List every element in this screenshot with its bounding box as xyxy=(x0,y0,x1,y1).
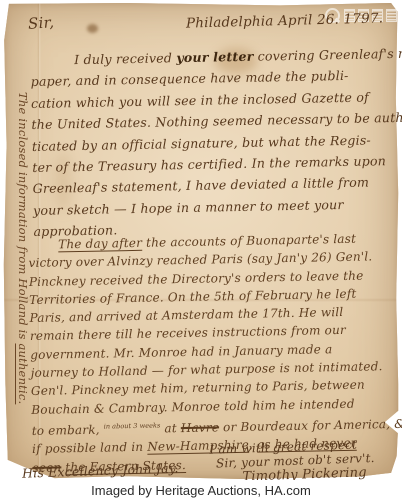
manuscript-segment: the United States. Nothing seemed necess… xyxy=(31,110,402,133)
paragraph-1: I duly received your letter covering Gre… xyxy=(30,42,402,242)
manuscript-segment: to embark, xyxy=(32,423,104,438)
manuscript-segment: I duly received xyxy=(74,50,176,67)
closing-signature-block: I am with great respectSir, your most ob… xyxy=(199,438,375,485)
image-credit-strip: Imaged by Heritage Auctions, HA.com xyxy=(0,480,402,500)
manuscript-segment: in about 3 weeks xyxy=(104,421,161,430)
stain-blob xyxy=(87,24,98,33)
manuscript-segment: paper, and in consequence have made the … xyxy=(30,68,348,89)
manuscript-segment: Havre xyxy=(181,420,220,435)
manuscript-segment: The day after xyxy=(58,236,142,252)
manuscript-segment: authentic. xyxy=(16,343,30,404)
image-credit-text: Imaged by Heritage Auctions, HA.com xyxy=(91,483,311,498)
manuscript-segment: ticated by an official signature, but wh… xyxy=(32,132,371,154)
watermark-glyph xyxy=(387,10,396,21)
manuscript-segment: your sketch — I hope in a manner to meet… xyxy=(33,197,344,218)
manuscript-segment: if possible land in xyxy=(32,440,147,456)
manuscript-segment: The inclosed information from Holland is xyxy=(16,92,30,343)
manuscript-segment: the accounts of Buonaparte's last xyxy=(142,232,356,250)
salutation: Sir, xyxy=(27,13,54,33)
manuscript-segment: or Bourdeaux for America, & xyxy=(219,417,402,435)
manuscript-segment: your letter xyxy=(176,49,253,65)
manuscript-segment: cation which you will see in the inclose… xyxy=(31,89,369,110)
manuscript-segment: at xyxy=(160,421,181,435)
letter-photograph: Sir, Philadelphia April 26. 1797. The in… xyxy=(0,0,402,500)
manuscript-segment: covering Greenleaf's news- xyxy=(253,45,402,64)
manuscript-segment: Greenleaf's statement, I have deviated a… xyxy=(33,175,370,196)
